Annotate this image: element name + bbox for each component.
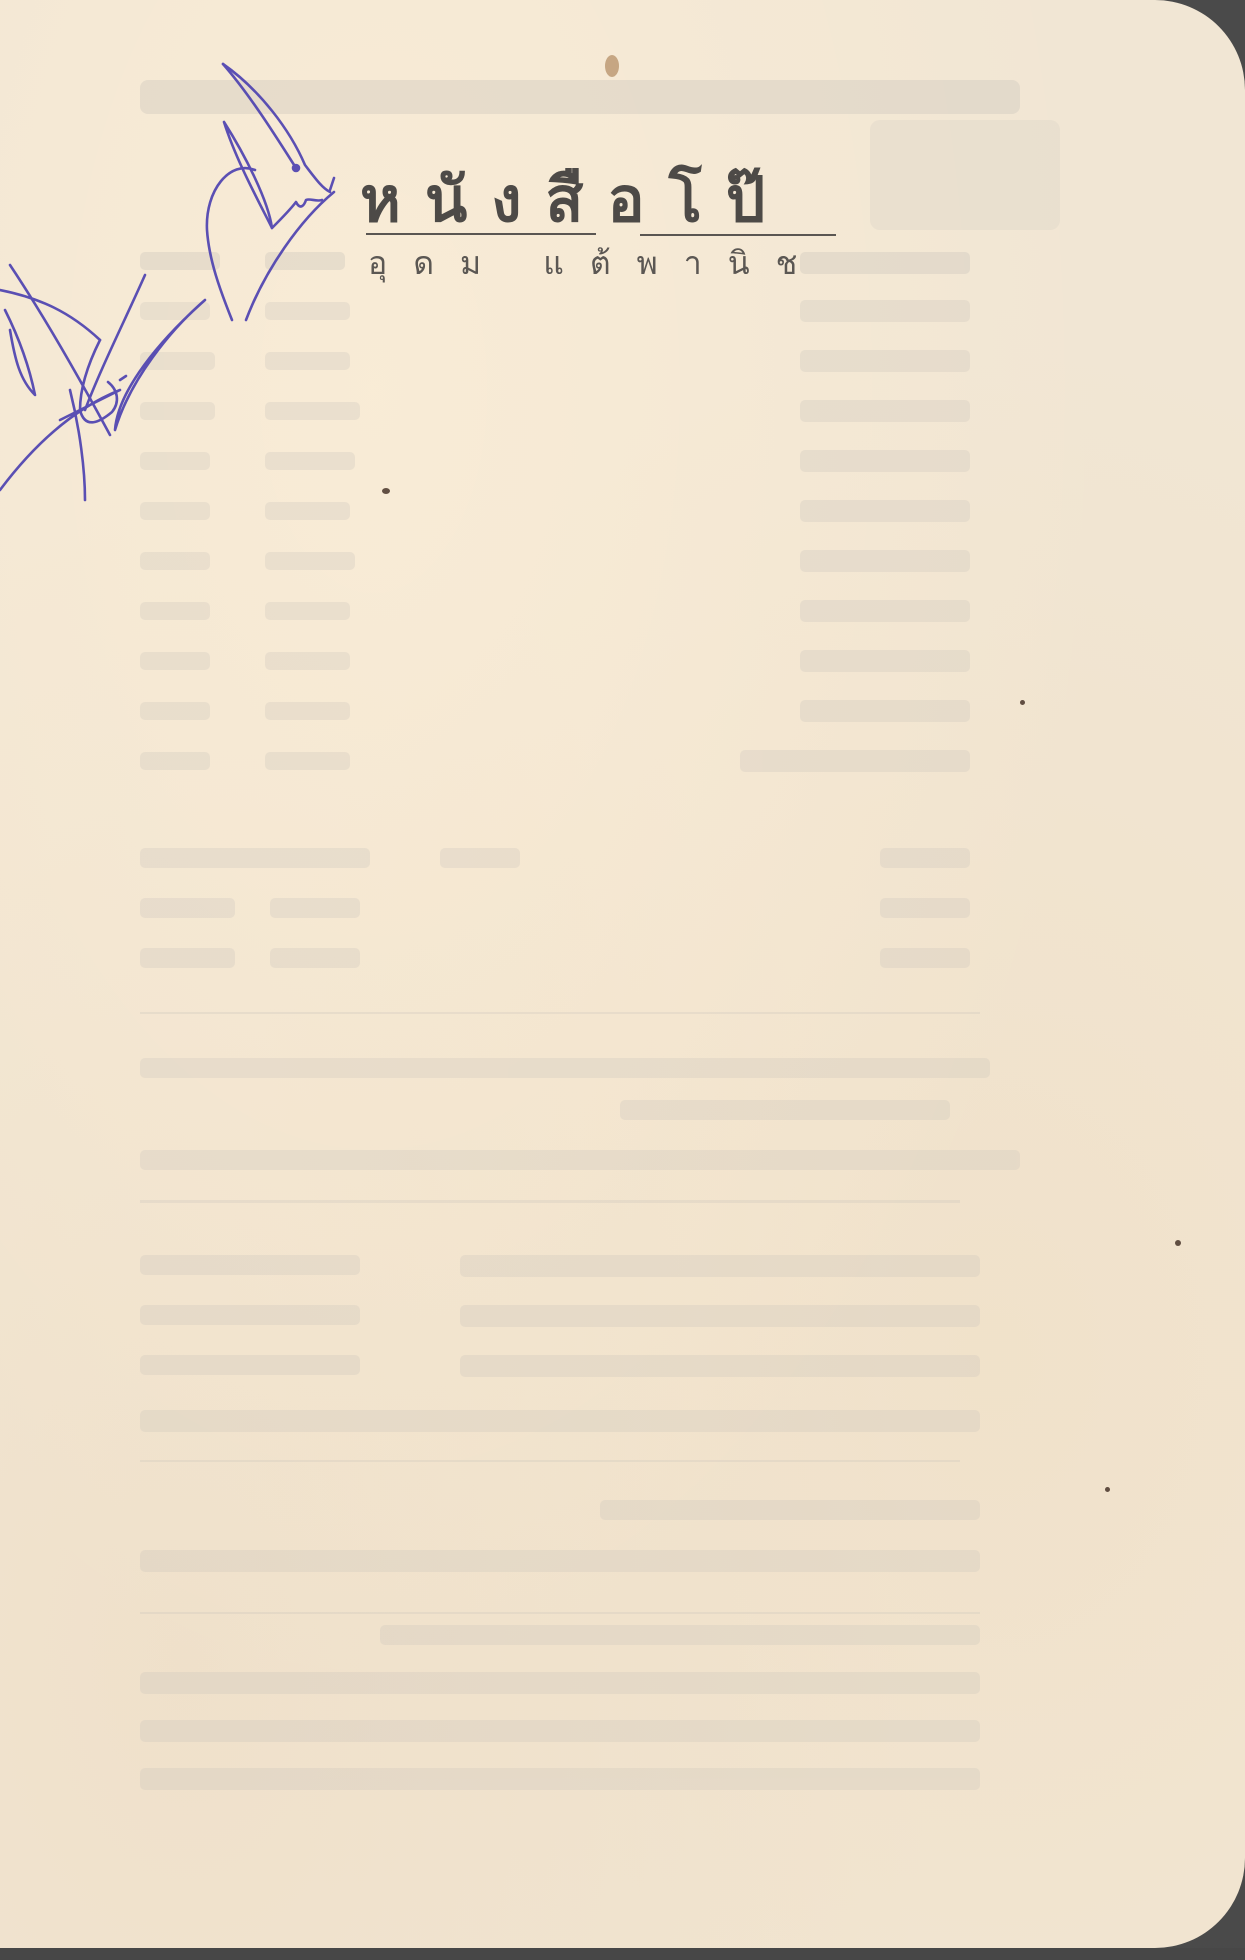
ink-stain (605, 55, 619, 77)
signature (0, 50, 360, 530)
ink-stain (1020, 700, 1025, 705)
ink-stain (1175, 1240, 1181, 1246)
author-name: อุดม แต้พานิช (368, 238, 823, 289)
bleed-through-text (0, 0, 1245, 1948)
book-title: หนังสือโป๊ (360, 165, 840, 235)
book-page: หนังสือโป๊ อุดม แต้พานิช (0, 0, 1245, 1948)
ink-stain (382, 488, 390, 494)
title-underline (640, 234, 836, 236)
title-underline (366, 233, 596, 235)
ink-stain (1105, 1487, 1110, 1492)
title-block: หนังสือโป๊ (360, 165, 840, 235)
scan-background (0, 1948, 1245, 1960)
